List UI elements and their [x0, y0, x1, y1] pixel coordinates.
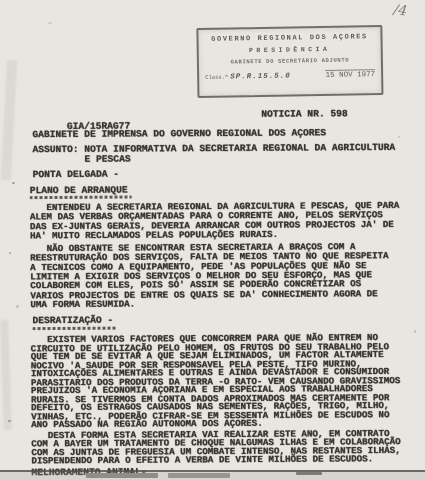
scan-speck: [9, 252, 11, 254]
scanned-document-page: /4 GOVERNO REGIONAL DOS AÇORES PRESIDÊNC…: [0, 0, 425, 479]
typed-line: VINHAS, ETC., PODERÃO CIFRAR-SE EM SESSE…: [31, 411, 419, 422]
stamp-classification-row: Class.ª SP.R.15.5.0 15 NOV 1977: [205, 69, 375, 82]
handwritten-page-mark: /4: [393, 2, 409, 20]
scan-speck: [48, 22, 52, 24]
scan-edge-shadow: [296, 472, 322, 475]
scan-speck: [398, 136, 400, 138]
section-heading-plano-de-arranque: PLANO DE ARRANQUE: [30, 185, 128, 197]
paragraph: NÃO OBSTANTE SE ENCONTRAR ESTA SECRETARI…: [30, 242, 418, 309]
scan-speck: [16, 305, 19, 308]
stamp-date: 15 NOV 1977: [326, 69, 376, 80]
scan-bottom-edge: [0, 469, 425, 479]
subject-line-2: E PESCAS: [84, 153, 130, 164]
paragraph: DESTA FORMA ESTA SECRETARIA VAI REALIZAR…: [31, 430, 419, 466]
heading-underline: [33, 327, 117, 331]
scan-speck: [414, 330, 416, 333]
typed-line: NOCIVO 'A SAUDE POR SER RESPONSAVEL PELA…: [31, 360, 419, 371]
document-body: ENTENDEU A SECRETARIA REGIONAL DA AGRICU…: [30, 201, 420, 478]
scan-edge-line: [0, 470, 425, 472]
stamp-office-line: GABINETE DO SECRETÁRIO ADJUNTO: [199, 56, 381, 66]
stamp-class-value: SP.R.15.5.0: [230, 73, 291, 82]
paragraph: ENTENDEU A SECRETARIA REGIONAL DA AGRICU…: [30, 201, 418, 241]
typed-line: LIMITEM A EXIGIR DOS SERVIÇOS O MELHOR D…: [30, 270, 418, 282]
typed-line: VARIOS PROJECTOS DE ENTRE OS QUAIS SE DA…: [30, 289, 418, 301]
noticia-number: NOTICIA NR. 598: [261, 108, 347, 120]
scan-speck: [12, 182, 15, 184]
section-heading-desratizacao: DESRATIZAÇÃO -: [32, 313, 418, 326]
paragraph: EXISTEM VARIOS FACTORES QUE CONCORREM PA…: [31, 334, 420, 430]
reception-stamp: GOVERNO REGIONAL DOS AÇORES PRESIDÊNCIA …: [196, 25, 383, 98]
section-desratizacao-paragraphs: EXISTEM VARIOS FACTORES QUE CONCORREM PA…: [31, 334, 420, 466]
typed-line: CIRCUITO DE UTILIZAÇÃO PELO HOMEM, OS FR…: [31, 343, 419, 354]
section-plano-paragraphs: ENTENDEU A SECRETARIA REGIONAL DA AGRICU…: [30, 201, 419, 310]
typed-line: HA' MUITO RECLAMADOS PELAS POPULAÇÕES RU…: [30, 229, 418, 241]
typed-line: DISPENDENDO PARA O EFEITO A VERBA DE VIN…: [31, 455, 419, 466]
stamp-presidency-line: PRESIDÊNCIA: [199, 45, 381, 55]
press-office-line: GABINETE DE IMPRENSA DO GOVERNO REGIONAL…: [32, 127, 326, 140]
typed-line: ALEM DAS VERBAS ORÇAMENTADAS PARA O CORR…: [30, 210, 418, 222]
typed-line: RURAIS. SE TIVERMOS EM CONTA DADOS APROX…: [31, 394, 419, 405]
typed-line: COM A BAYER UM TRATAMENTO DE CHOQUE NALG…: [31, 438, 419, 449]
stamp-government-line: GOVERNO REGIONAL DOS AÇORES: [198, 33, 380, 44]
scan-edge-shadow: [86, 473, 158, 478]
typed-line: PARASITARIO DOS PRODUTOS DA TERRA -O RAT…: [31, 377, 419, 388]
heading-underline: [30, 195, 132, 199]
document-content: /4 GOVERNO REGIONAL DOS AÇORES PRESIDÊNC…: [0, 0, 425, 479]
typed-line: REESTRUTURAÇÃO DOS SERVIÇOS, FALTA DE ME…: [30, 251, 418, 263]
scan-edge-shadow: [168, 473, 230, 478]
scan-speck: [8, 420, 11, 422]
stamp-class-label: Class.ª: [205, 74, 228, 81]
dateline: PONTA DELGADA -: [33, 169, 119, 181]
